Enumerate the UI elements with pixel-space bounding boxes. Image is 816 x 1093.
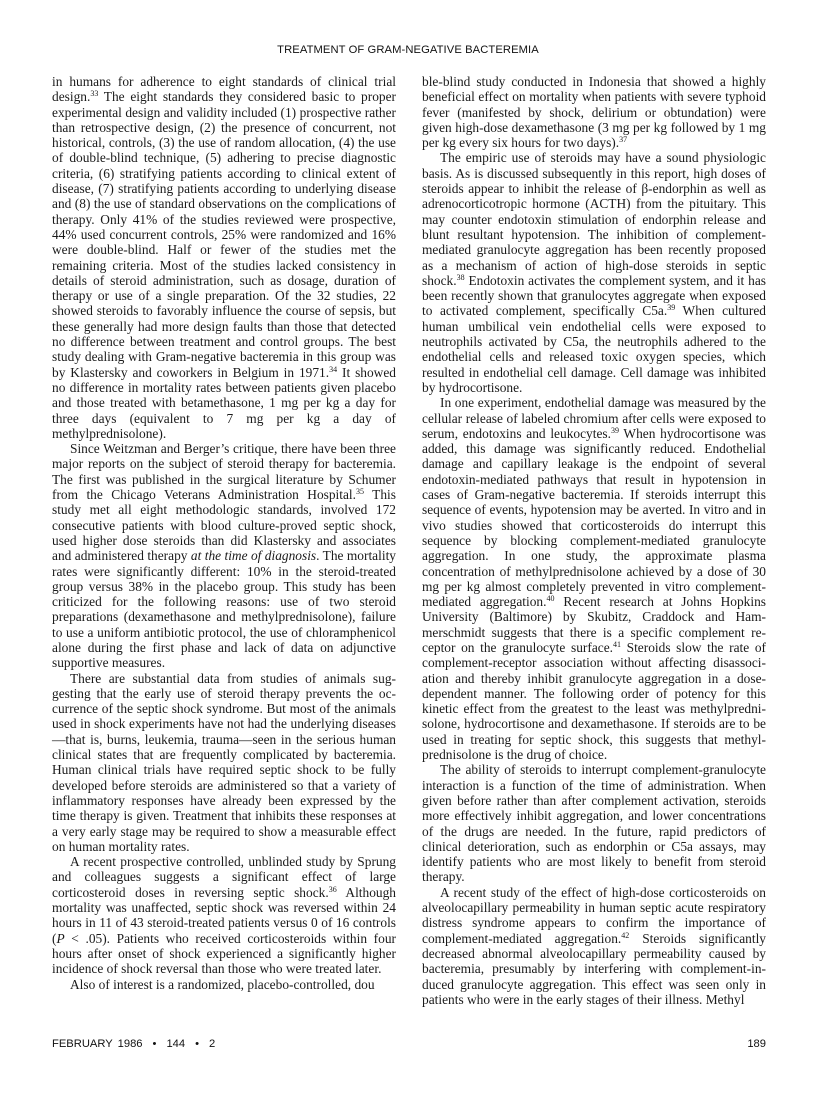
right-column: ble-blind study conducted in Indonesia t…	[422, 74, 766, 1007]
text-run: The eight standards they considered basi…	[52, 89, 396, 379]
paragraph: There are substantial data from studies …	[52, 671, 396, 855]
text-run: < .05). Patients who received corticoste…	[52, 931, 396, 977]
journal-issue-info: FEBRUARY 1986•144•2	[52, 1038, 215, 1050]
citation-ref: 41	[613, 640, 621, 649]
issue-number: 2	[209, 1038, 215, 1050]
paragraph: Since Weitzman and Berger’s critique, th…	[52, 441, 396, 670]
text-run: Since Weitzman and Berger’s critique, th…	[52, 441, 396, 502]
paragraph: in humans for adherence to eight standar…	[52, 74, 396, 441]
text-run: ble-blind study conducted in Indonesia t…	[422, 74, 766, 150]
page-number: 189	[747, 1038, 766, 1050]
bullet-separator: •	[153, 1038, 157, 1050]
volume-number: 144	[166, 1038, 185, 1050]
text-run: When hydro­cortisone was added, this dam…	[422, 426, 766, 609]
paragraph: A recent study of the effect of high-dos…	[422, 885, 766, 1007]
paragraph: ble-blind study conducted in Indonesia t…	[422, 74, 766, 150]
paragraph: The ability of steroids to interrupt com…	[422, 762, 766, 884]
left-column: in humans for adherence to eight standar…	[52, 74, 396, 992]
issue-date: FEBRUARY 1986	[52, 1038, 143, 1050]
citation-ref: 37	[619, 135, 627, 144]
paragraph: In one experiment, endothelial damage wa…	[422, 395, 766, 762]
citation-ref: 35	[356, 487, 364, 496]
emphasis: P	[56, 931, 64, 946]
text-run: Steroids slow the rate of complement-rec…	[422, 640, 766, 762]
citation-ref: 36	[329, 885, 337, 894]
paragraph: The empiric use of steroids may have a s…	[422, 150, 766, 395]
citation-ref: 34	[329, 365, 337, 374]
emphasis: at the time of diag­nosis	[191, 548, 316, 563]
paragraph: A recent prospective controlled, unblind…	[52, 854, 396, 976]
citation-ref: 39	[611, 426, 619, 435]
citation-ref: 38	[457, 273, 465, 282]
running-title: TREATMENT OF GRAM-NEGATIVE BACTEREMIA	[0, 44, 816, 56]
text-run: The empiric use of steroids may have a s…	[422, 150, 766, 287]
bullet-separator: •	[195, 1038, 199, 1050]
paragraph: Also of interest is a randomized, placeb…	[52, 977, 396, 992]
text-run: . The mortality rates were significantly…	[52, 548, 396, 670]
